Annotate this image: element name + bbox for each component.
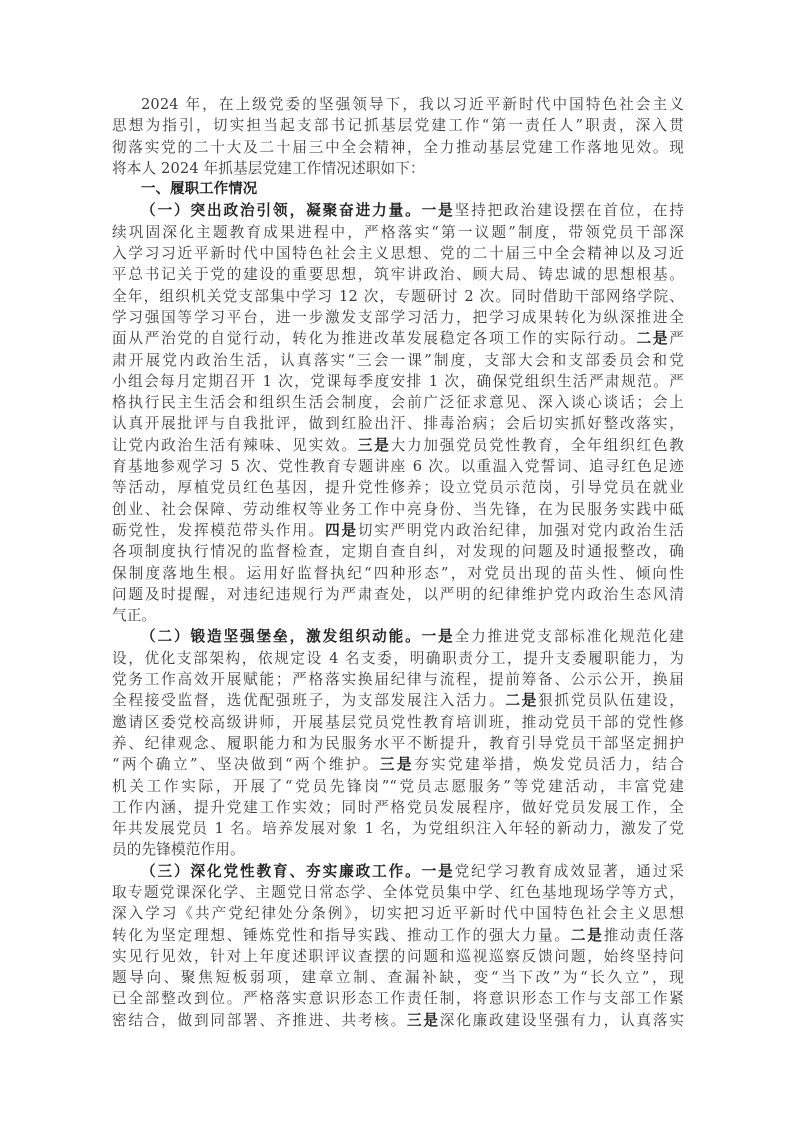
- section-1-line: 肃开展党内政治生活，认真落实“三会一课”制度，支部大会和支部委员会和党: [112, 350, 684, 371]
- section-1-line: 面从严治党的自觉行动，转化为推进改革发展稳定各项工作的实际行动。二是严: [112, 328, 684, 349]
- section-1-line: 学习强国等学习平台，进一步激发支部学习活力，把学习成果转化为纵深推进全: [112, 307, 684, 328]
- intro-paragraph-line: 彻落实党的二十大及二十届三中全会精神，全力推动基层党建工作落地见效。现: [112, 137, 684, 158]
- section-1-line: 育基地参观学习 5 次、党性教育专题讲座 6 次。以重温入党誓词、追寻红色足迹: [112, 456, 684, 477]
- line-text: 深化廉政建设坚强有力，认真落实: [440, 1012, 684, 1029]
- line-text: 砺党性，发挥模范带头作用。: [112, 522, 325, 539]
- section-1-line: 全年，组织机关党支部集中学习 12 次，专题研讨 2 次。同时借助干部网络学院、: [112, 286, 684, 307]
- line-text: 气正。: [112, 607, 156, 624]
- line-text: 创业、社会保障、劳动维权等业务工作中亮身份、当先锋，在为民服务实践中砥: [112, 501, 684, 518]
- section-1-line: 创业、社会保障、劳动维权等业务工作中亮身份、当先锋，在为民服务实践中砥: [112, 499, 684, 520]
- line-text: 保制度落地生根。运用好监督执纪“四种形态”，对党员出现的苗头性、倾向性: [112, 565, 684, 582]
- section-2-line: 设，优化支部架构，依规定设 4 名支委，明确职责分工，提升支委履职能力，为: [112, 648, 684, 669]
- line-text: 已全部整改到位。严格落实意识形态工作责任制，将意识形态工作与支部工作紧: [112, 990, 684, 1007]
- line-text: 年共发展党员 1 名。培养发展对象 1 名，为党组织注入年轻的新动力，激发了党: [112, 820, 684, 837]
- line-text: 坚持把政治建设摆在首位，在持: [455, 202, 684, 219]
- section-2-line: 邀请区委党校高级讲师，开展基层党员党性教育培训班，推动党员干部的党性修: [112, 712, 684, 733]
- line-text: 思想为指引，切实担当起支部书记抓基层党建工作“第一责任人”职责，深入贯: [112, 117, 684, 134]
- document-page: 2024 年，在上级党委的坚强领导下，我以习近平新时代中国特色社会主义思想为指引…: [0, 0, 793, 1122]
- line-text: 邀请区委党校高级讲师，开展基层党员党性教育培训班，推动党员干部的党性修: [112, 714, 684, 731]
- intro-paragraph-line: 思想为指引，切实担当起支部书记抓基层党建工作“第一责任人”职责，深入贯: [112, 115, 684, 136]
- line-text: 肃开展党内政治生活，认真落实“三会一课”制度，支部大会和支部委员会和党: [112, 352, 684, 369]
- bold-lead-text: 二是: [505, 692, 538, 709]
- section-1-line: 气正。: [112, 605, 684, 626]
- bold-lead-text: （一）突出政治引领，凝聚奋进力量。一是: [141, 202, 455, 219]
- section-3-line: 转化为坚定理想、锤炼党性和指导实践、推动工作的强大力量。二是推动责任落: [112, 925, 684, 946]
- line-text: 认真开展批评与自我批评，做到红脸出汗、排毒治病；会后切实抓好整改落实，: [112, 415, 684, 432]
- line-text: 格执行民主生活会和组织生活会制度，会前广泛征求意见、深入谈心谈话；会上: [112, 394, 684, 411]
- line-text: 将本人 2024 年抓基层党建工作情况述职如下：: [112, 160, 425, 177]
- section-1-line: 让党内政治生活有辣味、见实效。三是大力加强党员党性教育，全年组织红色教: [112, 435, 684, 456]
- section-3-line: 实见行见效，针对上年度述职评议查摆的问题和巡视巡察反馈问题，始终坚持问: [112, 946, 684, 967]
- line-text: 养、纪律观念、履职能力和为民服务水平不断提升，教育引导党员干部坚定拥护: [112, 735, 684, 752]
- section-1-line: 格执行民主生活会和组织生活会制度，会前广泛征求意见、深入谈心谈话；会上: [112, 392, 684, 413]
- section-1-line: 认真开展批评与自我批评，做到红脸出汗、排毒治病；会后切实抓好整改落实，: [112, 413, 684, 434]
- line-text: 大力加强党员党性教育，全年组织红色教: [391, 437, 684, 454]
- section-3-line: （三）深化党性教育、夯实廉政工作。一是党纪学习教育成效显著，通过采: [112, 861, 684, 882]
- section-2-line: 党务工作高效开展赋能；严格落实换届纪律与流程，提前筹备、公示公开，换届: [112, 669, 684, 690]
- line-text: “两个确立”、坚决做到“两个维护。: [112, 756, 380, 773]
- line-text: 面从严治党的自觉行动，转化为推进改革发展稳定各项工作的实际行动。: [112, 330, 636, 347]
- line-text: 育基地参观学习 5 次、党性教育专题讲座 6 次。以重温入党誓词、追寻红色足迹: [112, 458, 684, 475]
- section-1-line: 砺党性，发挥模范带头作用。四是切实严明党内政治纪律，加强对党内政治生活: [112, 520, 684, 541]
- line-text: 续巩固深化主题教育成果进程中，严格落实“第一议题”制度，带领党员干部深: [112, 224, 684, 241]
- section-3-line: 取专题党课深化学、主题党日常态学、全体党员集中学、红色基地现场学等方式，: [112, 882, 684, 903]
- section-2-line: 年共发展党员 1 名。培养发展对象 1 名，为党组织注入年轻的新动力，激发了党: [112, 818, 684, 839]
- section-2-line: 养、纪律观念、履职能力和为民服务水平不断提升，教育引导党员干部坚定拥护: [112, 733, 684, 754]
- section-2-line: 工作内涵，提升党建工作实效；同时严格党员发展程序，做好党员发展工作，全: [112, 797, 684, 818]
- bold-lead-text: （三）深化党性教育、夯实廉政工作。一是: [141, 863, 455, 880]
- section-1-line: 入学习习近平新时代中国特色社会主义思想、党的二十届三中全会精神以及习近: [112, 243, 684, 264]
- line-text: 设，优化支部架构，依规定设 4 名支委，明确职责分工，提升支委履职能力，为: [112, 650, 684, 667]
- line-text: 夯实党建举措，焕发党员活力，结合: [414, 756, 684, 773]
- line-text: 2024 年，在上级党委的坚强领导下，我以习近平新时代中国特色社会主义: [141, 96, 684, 113]
- section-2-line: （二）锻造坚强堡垒，激发组织动能。一是全力推进党支部标准化规范化建: [112, 626, 684, 647]
- section-3-line: 密结合，做到同部署、齐推进、共考核。三是深化廉政建设坚强有力，认真落实: [112, 1010, 684, 1031]
- line-text: 小组会每月定期召开 1 次，党课每季度安排 1 次，确保党组织生活严肃规范。严: [112, 373, 684, 390]
- section-2-line: 员的先锋模范作用。: [112, 839, 684, 860]
- line-text: 题导向、聚焦短板弱项，建章立制、查漏补缺，变“当下改”为“长久立”，现: [112, 969, 684, 986]
- line-text: 平总书记关于党的建设的重要思想，筑牢讲政治、顾大局、铸忠诚的思想根基。: [112, 266, 684, 283]
- intro-paragraph-line: 将本人 2024 年抓基层党建工作情况述职如下：: [112, 158, 684, 179]
- line-text: 机关工作实际，开展了“党员先锋岗”“党员志愿服务”等党建活动，丰富党建: [112, 778, 684, 795]
- line-text: 彻落实党的二十大及二十届三中全会精神，全力推动基层党建工作落地见效。现: [112, 139, 684, 156]
- line-text: 深入学习《共产党纪律处分条例》，切实把习近平新时代中国特色社会主义思想: [112, 905, 684, 922]
- line-text: 入学习习近平新时代中国特色社会主义思想、党的二十届三中全会精神以及习近: [112, 245, 684, 262]
- document-body: 2024 年，在上级党委的坚强领导下，我以习近平新时代中国特色社会主义思想为指引…: [112, 94, 684, 1031]
- section-1-line: （一）突出政治引领，凝聚奋进力量。一是坚持把政治建设摆在首位，在持: [112, 200, 684, 221]
- line-text: 严: [669, 330, 684, 347]
- bold-lead-text: 三是: [407, 1012, 440, 1029]
- bold-lead-text: 二是: [571, 927, 604, 944]
- line-text: 工作内涵，提升党建工作实效；同时严格党员发展程序，做好党员发展工作，全: [112, 799, 684, 816]
- line-text: 全程接受监督，选优配强班子，为支部发展注入活力。: [112, 692, 505, 709]
- section-1-line: 小组会每月定期召开 1 次，党课每季度安排 1 次，确保党组织生活严肃规范。严: [112, 371, 684, 392]
- line-text: 学习强国等学习平台，进一步激发支部学习活力，把学习成果转化为纵深推进全: [112, 309, 684, 326]
- line-text: 实见行见效，针对上年度述职评议查摆的问题和巡视巡察反馈问题，始终坚持问: [112, 948, 684, 965]
- section-1-line: 等活动，厚植党员红色基因，提升党性修养；设立党员示范岗，引导党员在就业: [112, 477, 684, 498]
- section-heading: 一、履职工作情况: [112, 179, 684, 200]
- line-text: 让党内政治生活有辣味、见实效。: [112, 437, 358, 454]
- section-2-line: “两个确立”、坚决做到“两个维护。三是夯实党建举措，焕发党员活力，结合: [112, 754, 684, 775]
- section-1-line: 保制度落地生根。运用好监督执纪“四种形态”，对党员出现的苗头性、倾向性: [112, 563, 684, 584]
- line-text: 推动责任落: [604, 927, 684, 944]
- intro-paragraph-line: 2024 年，在上级党委的坚强领导下，我以习近平新时代中国特色社会主义: [112, 94, 684, 115]
- section-1-line: 续巩固深化主题教育成果进程中，严格落实“第一议题”制度，带领党员干部深: [112, 222, 684, 243]
- line-text: 员的先锋模范作用。: [112, 841, 245, 858]
- line-text: 全力推进党支部标准化规范化建: [455, 628, 684, 645]
- bold-lead-text: （二）锻造坚强堡垒，激发组织动能。一是: [141, 628, 455, 645]
- line-text: 转化为坚定理想、锤炼党性和指导实践、推动工作的强大力量。: [112, 927, 571, 944]
- line-text: 党纪学习教育成效显著，通过采: [455, 863, 684, 880]
- line-text: 狠抓党员队伍建设，: [538, 692, 684, 709]
- bold-lead-text: 三是: [380, 756, 414, 773]
- line-text: 取专题党课深化学、主题党日常态学、全体党员集中学、红色基地现场学等方式，: [112, 884, 684, 901]
- bold-lead-text: 三是: [358, 437, 391, 454]
- bold-lead-text: 二是: [636, 330, 669, 347]
- section-3-line: 题导向、聚焦短板弱项，建章立制、查漏补缺，变“当下改”为“长久立”，现: [112, 967, 684, 988]
- line-text: 等活动，厚植党员红色基因，提升党性修养；设立党员示范岗，引导党员在就业: [112, 479, 684, 496]
- line-text: 全年，组织机关党支部集中学习 12 次，专题研讨 2 次。同时借助干部网络学院、: [112, 288, 684, 305]
- bold-lead-text: 四是: [325, 522, 358, 539]
- line-text: 各项制度执行情况的监督检查，定期自查自纠，对发现的问题及时通报整改，确: [112, 543, 684, 560]
- section-3-line: 已全部整改到位。严格落实意识形态工作责任制，将意识形态工作与支部工作紧: [112, 988, 684, 1009]
- section-1-line: 各项制度执行情况的监督检查，定期自查自纠，对发现的问题及时通报整改，确: [112, 541, 684, 562]
- line-text: 切实严明党内政治纪律，加强对党内政治生活: [358, 522, 684, 539]
- section-3-line: 深入学习《共产党纪律处分条例》，切实把习近平新时代中国特色社会主义思想: [112, 903, 684, 924]
- line-text: 问题及时提醒，对违纪违规行为严肃查处，以严明的纪律维护党内政治生态风清: [112, 586, 684, 603]
- section-2-line: 机关工作实际，开展了“党员先锋岗”“党员志愿服务”等党建活动，丰富党建: [112, 776, 684, 797]
- section-1-line: 平总书记关于党的建设的重要思想，筑牢讲政治、顾大局、铸忠诚的思想根基。: [112, 264, 684, 285]
- section-2-line: 全程接受监督，选优配强班子，为支部发展注入活力。二是狠抓党员队伍建设，: [112, 690, 684, 711]
- line-text: 密结合，做到同部署、齐推进、共考核。: [112, 1012, 407, 1029]
- section-1-line: 问题及时提醒，对违纪违规行为严肃查处，以严明的纪律维护党内政治生态风清: [112, 584, 684, 605]
- line-text: 党务工作高效开展赋能；严格落实换届纪律与流程，提前筹备、公示公开，换届: [112, 671, 684, 688]
